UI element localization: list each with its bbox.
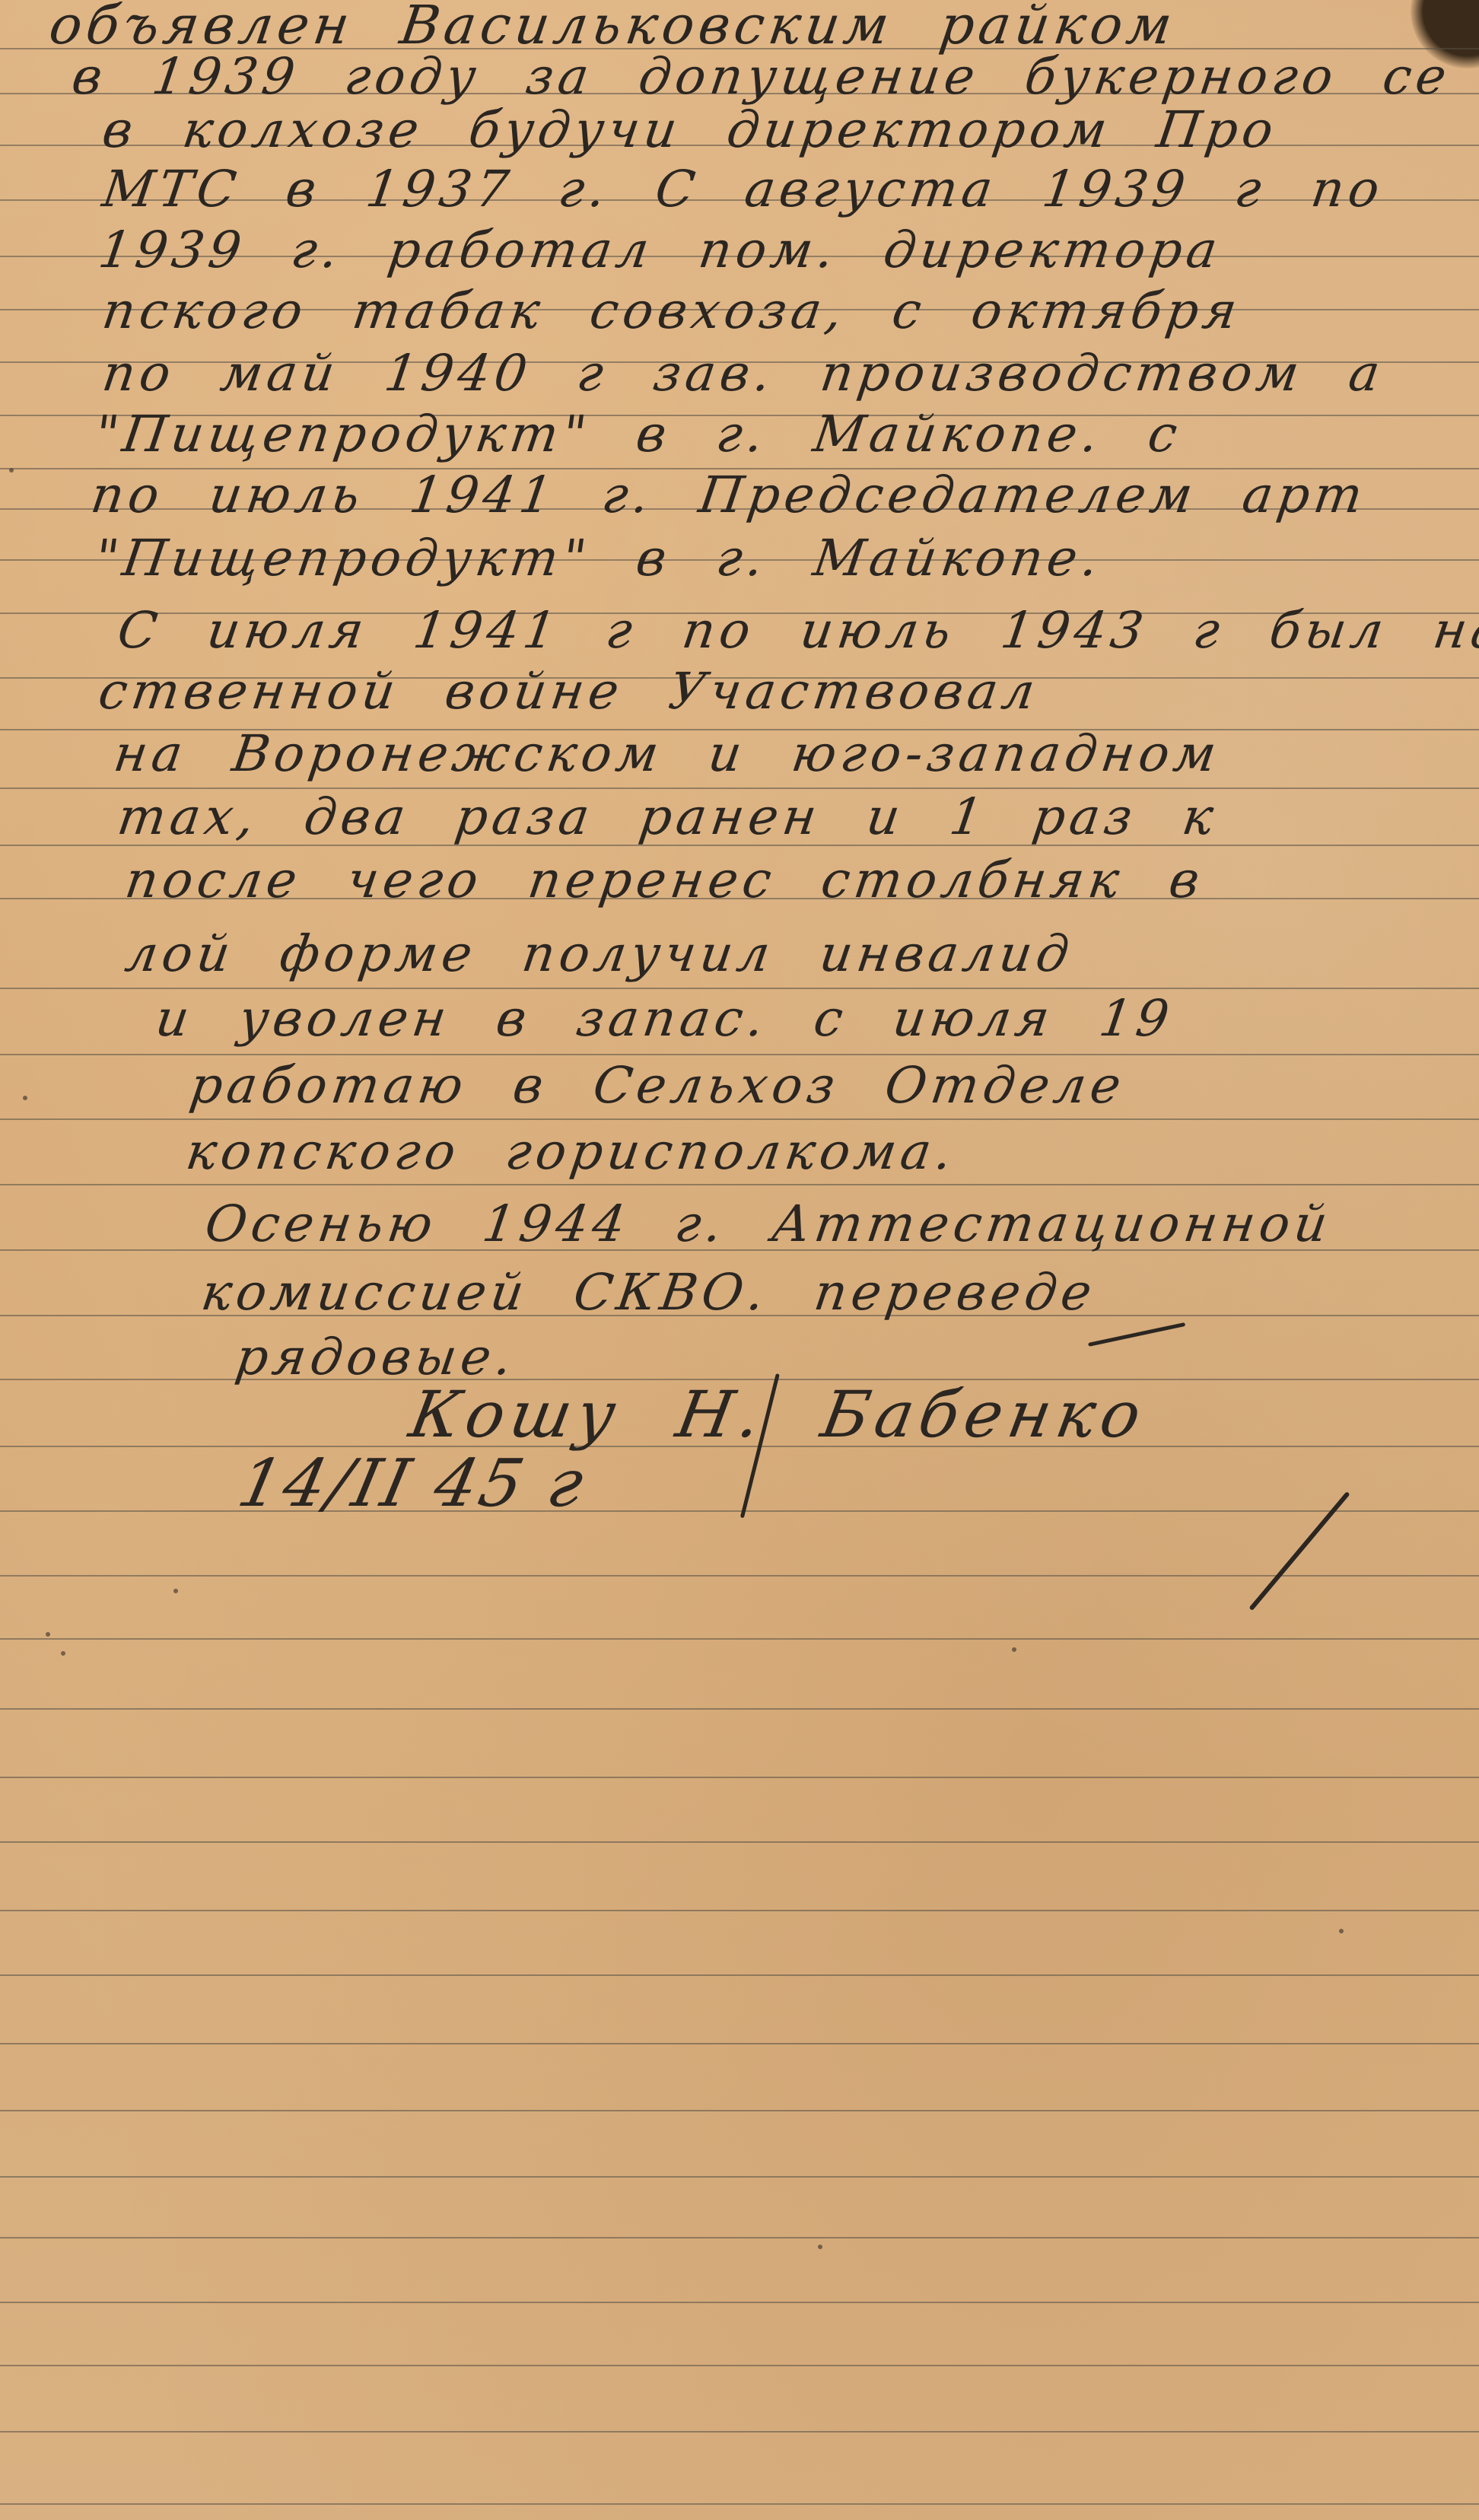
text-line: ственной войне Участвовал [95,662,1043,721]
text-line: С июля 1941 г по июль 1943 г был на [114,601,1479,660]
text-line: 1939 г. работал пом. директора [95,221,1226,279]
text-line: комиссией СКВО. переведе [198,1263,1100,1322]
text-line: работаю в Сельхоз Отделе [186,1056,1129,1115]
text-line: "Пищепродукт" в г. Майкопе. с [91,405,1185,463]
text-line: лой форме получил инвалид [122,924,1077,983]
text-line: копского горисполкома. [183,1122,960,1181]
text-line: "Пищепродукт" в г. Майкопе. [91,529,1106,587]
text-line: после чего перенес столбняк в [122,851,1207,909]
text-line: по июль 1941 г. Председателем арт [87,466,1370,524]
text-line: в колхозе будучи директором Про [99,100,1281,159]
text-line: тах, два раза ранен и 1 раз к [114,787,1221,846]
text-line: пского табак совхоза, с октября [99,282,1245,340]
signature: Кошу Н. Бабенко [404,1377,1152,1452]
text-line: и уволен в запас. с июля 19 [152,989,1177,1048]
text-line: на Воронежском и юго-западном [110,724,1224,783]
text-line: МТС в 1937 г. С августа 1939 г по [99,160,1388,218]
date-text: 14/II 45 г [231,1446,593,1522]
text-line: по май 1940 г зав. производством а [99,344,1388,402]
text-line: в 1939 году за допущение букерного се [68,47,1455,106]
text-line: Осенью 1944 г. Аттестационной [202,1195,1335,1253]
